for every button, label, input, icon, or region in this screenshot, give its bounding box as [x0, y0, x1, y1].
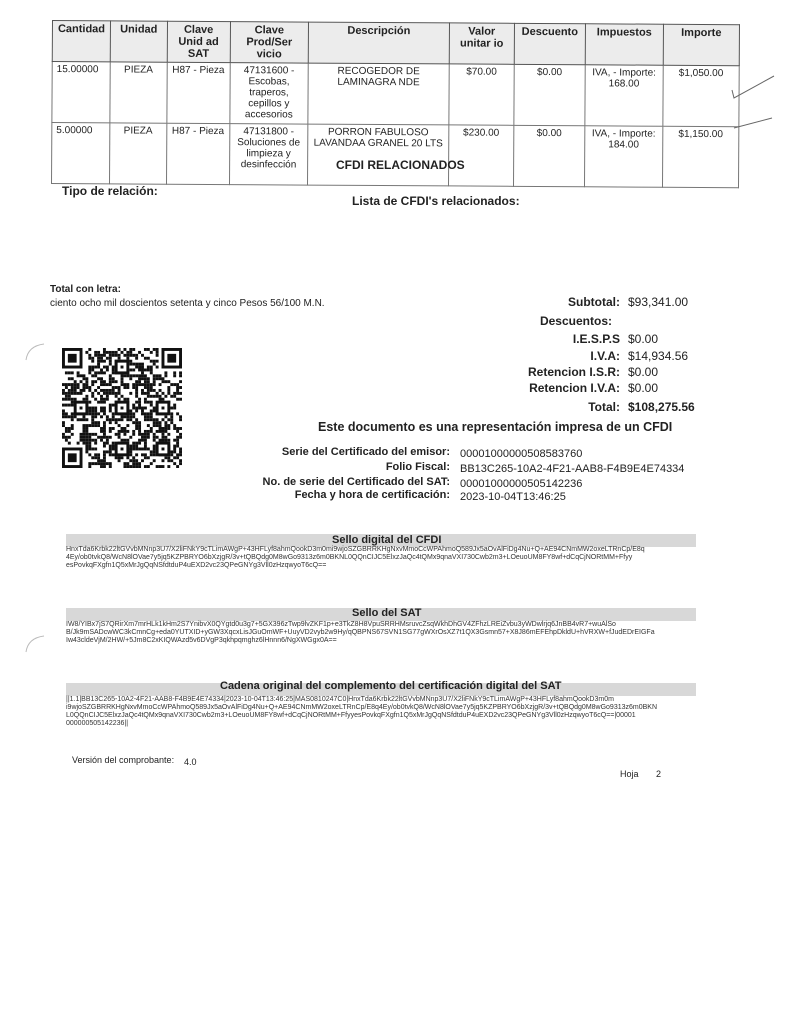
cadena-original-text: ||1.1|BB13C265-10A2-4F21-AAB8-F4B9E4E743… — [66, 696, 657, 728]
hoja-value: 2 — [656, 769, 661, 779]
descuentos-label: Descuentos: — [540, 314, 612, 328]
cell-clave-prod-serv: 47131800 - Soluciones de limpieza y desi… — [229, 124, 307, 185]
cell-clave-prod-serv: 47131600 - Escobas, traperos, cepillos y… — [230, 63, 308, 124]
serie-emisor-label: Serie del Certificado del emisor: — [230, 446, 450, 458]
sello-sat-text: IW8/YIBx7jS7QRirXm7mrHLk1kHm2S7YnibvX0QY… — [66, 621, 655, 645]
total-value: $108,275.56 — [628, 400, 695, 414]
iva-label: I.V.A: — [590, 349, 620, 363]
punch-hole-mark-icon — [24, 634, 48, 656]
col-valor-unitario: Valor unitar io — [449, 23, 514, 64]
col-unidad: Unidad — [110, 21, 167, 62]
qr-code — [62, 348, 182, 468]
cfdi-relacionados-title: CFDI RELACIONADOS — [336, 158, 465, 172]
lista-cfdi-label: Lista de CFDI's relacionados: — [352, 194, 520, 208]
version-label: Versión del comprobante: — [72, 755, 174, 765]
cell-descuento: $0.00 — [513, 125, 585, 186]
col-cantidad: Cantidad — [52, 21, 110, 62]
col-importe: Importe — [663, 24, 740, 65]
total-label: Total: — [588, 400, 620, 414]
col-clave-unidad-sat: Clave Unid ad SAT — [167, 21, 231, 62]
table-row: 15.00000 PIEZA H87 - Pieza 47131600 - Es… — [52, 62, 739, 127]
iesps-value: $0.00 — [628, 332, 658, 346]
total-letra-label: Total con letra: — [50, 284, 121, 295]
serie-sat-value: 00001000000505142236 — [460, 478, 582, 490]
ret-isr-value: $0.00 — [628, 365, 658, 379]
ret-iva-value: $0.00 — [628, 381, 658, 395]
cell-valor-unitario: $70.00 — [449, 64, 514, 125]
sello-cfdi-title: Sello digital del CFDI — [332, 534, 441, 546]
table-row: 5.00000 PIEZA H87 - Pieza 47131800 - Sol… — [52, 123, 739, 188]
cell-descripcion: PORRON FABULOSO LAVANDAA GRANEL 20 LTS — [307, 124, 448, 186]
cell-unidad: PIEZA — [110, 62, 167, 123]
iva-value: $14,934.56 — [628, 349, 688, 363]
col-descripcion: Descripción — [308, 22, 449, 64]
col-impuestos: Impuestos — [585, 24, 663, 65]
col-descuento: Descuento — [514, 23, 586, 64]
cell-impuestos: IVA, - Importe: 168.00 — [585, 65, 663, 126]
ret-isr-label: Retencion I.S.R: — [528, 365, 620, 379]
subtotal-value: $93,341.00 — [628, 295, 688, 309]
cadena-original-title: Cadena original del complemento del cert… — [220, 680, 561, 692]
cell-descuento: $0.00 — [514, 64, 586, 125]
subtotal-label: Subtotal: — [568, 295, 620, 309]
cell-unidad: PIEZA — [110, 123, 167, 184]
total-letra-value: ciento ocho mil doscientos setenta y cin… — [50, 298, 325, 309]
folio-fiscal-value: BB13C265-10A2-4F21-AAB8-F4B9E4E74334 — [460, 463, 684, 475]
iesps-label: I.E.S.P.S — [573, 332, 620, 346]
col-clave-prod-serv: Clave Prod/Ser vicio — [230, 22, 308, 63]
items-table-header: Cantidad Unidad Clave Unid ad SAT Clave … — [52, 21, 739, 66]
cfdi-representation-heading: Este documento es una representación imp… — [318, 420, 672, 434]
ret-iva-label: Retencion I.V.A: — [529, 381, 620, 395]
sello-sat-title: Sello del SAT — [352, 607, 421, 619]
serie-emisor-value: 00001000000508583760 — [460, 448, 582, 460]
sello-cfdi-text: HnxTda6Krbk22ltGVvbMNnp3U7/X2liFNkY9cTLi… — [66, 546, 645, 570]
version-value: 4.0 — [184, 757, 197, 767]
folio-fiscal-label: Folio Fiscal: — [230, 461, 450, 473]
handwritten-checkmark-icon — [728, 70, 778, 145]
cell-clave-unidad-sat: H87 - Pieza — [166, 123, 230, 184]
cell-cantidad: 5.00000 — [52, 123, 110, 184]
cell-impuestos: IVA, - Importe: 184.00 — [585, 126, 663, 187]
cell-clave-unidad-sat: H87 - Pieza — [166, 62, 230, 123]
fecha-certificacion-label: Fecha y hora de certificación: — [230, 489, 450, 501]
cell-valor-unitario: $230.00 — [448, 125, 513, 186]
cell-cantidad: 15.00000 — [52, 62, 110, 123]
punch-hole-mark-icon — [24, 342, 48, 364]
tipo-relacion-label: Tipo de relación: — [62, 184, 158, 198]
hoja-label: Hoja — [620, 769, 639, 779]
serie-sat-label: No. de serie del Certificado del SAT: — [230, 476, 450, 488]
fecha-certificacion-value: 2023-10-04T13:46:25 — [460, 491, 566, 503]
cell-descripcion: RECOGEDOR DE LAMINAGRA NDE — [308, 63, 449, 125]
